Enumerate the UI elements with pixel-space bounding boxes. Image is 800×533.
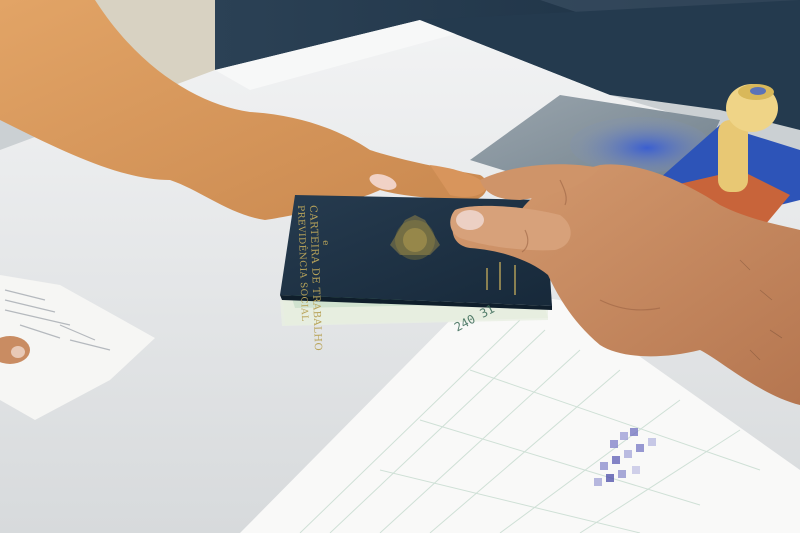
photo-scene: CARTEIRA DE TRABALHO e PREVIDÊNCIA SOCIA… — [0, 0, 800, 533]
booklet-separator: e — [320, 240, 330, 246]
photo-illustration — [0, 0, 800, 533]
